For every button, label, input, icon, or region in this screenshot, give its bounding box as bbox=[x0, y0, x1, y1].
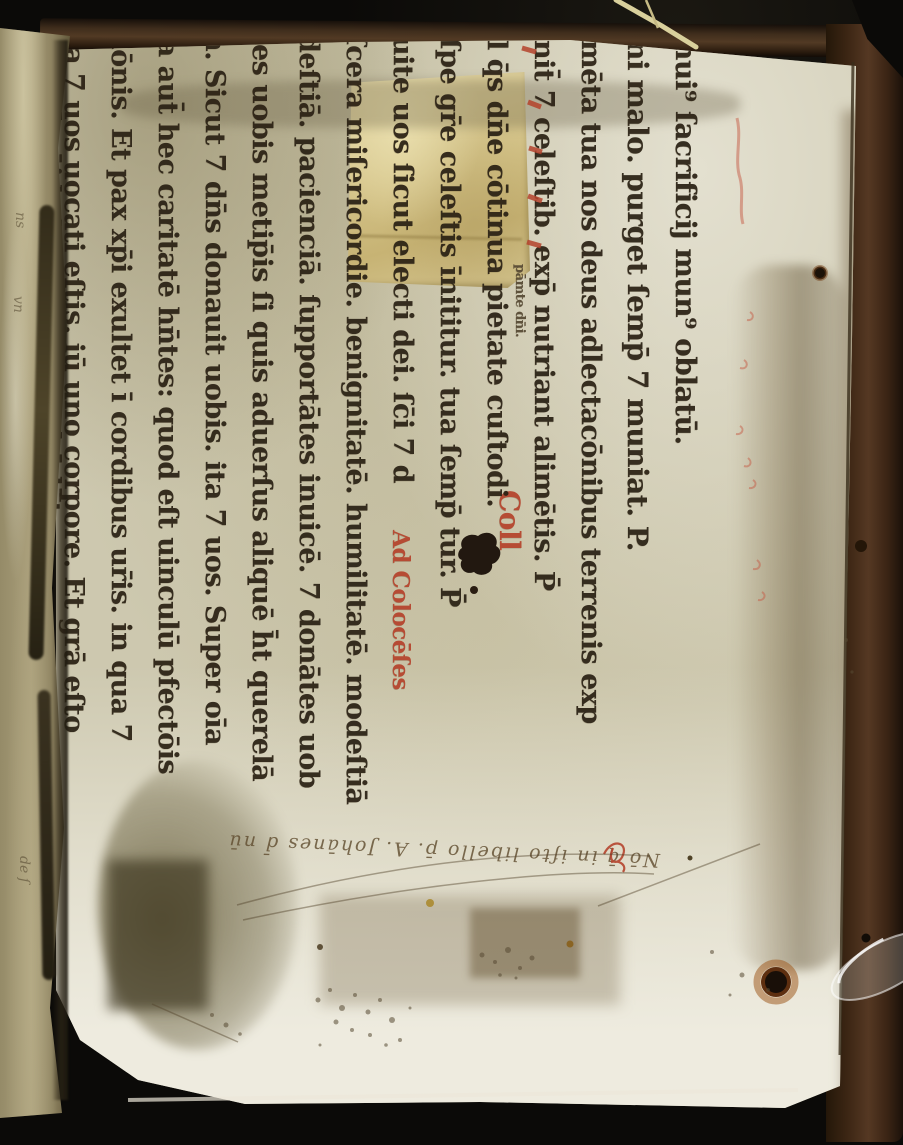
page-right-edge bbox=[840, 62, 853, 1055]
page-bottom-edge bbox=[128, 1090, 798, 1100]
scratch-lines bbox=[152, 844, 760, 1042]
manuscript-photo: hui⁹ ſacrificij mun⁹ oblatū.ni malo. pur… bbox=[0, 0, 903, 1145]
ink-blot bbox=[458, 533, 500, 594]
glass-reflection bbox=[822, 918, 903, 1014]
photo-detail-overlay bbox=[0, 0, 903, 1145]
red-ink-offset bbox=[736, 118, 765, 600]
red-paragraph-marks bbox=[522, 48, 542, 246]
straw-twig bbox=[616, 0, 696, 47]
red-flourish bbox=[604, 844, 624, 872]
